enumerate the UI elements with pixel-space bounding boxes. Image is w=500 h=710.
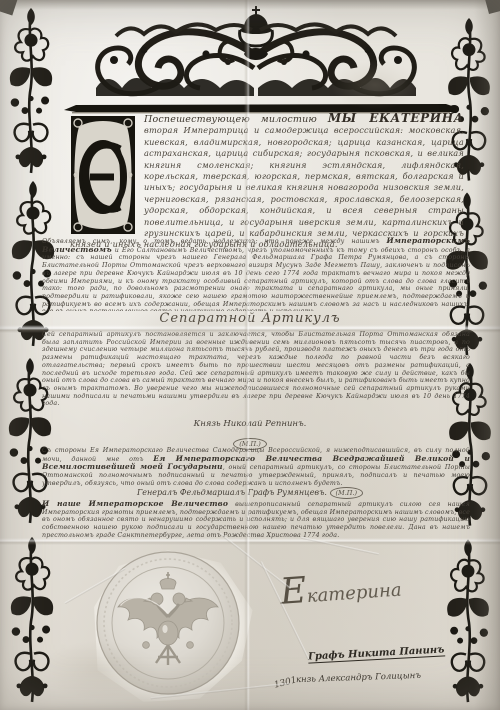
ratification-paragraph: И наше Императорское Величество вышепроп… [42, 500, 470, 540]
panin-signature: Графъ Никита Панинъ [308, 644, 445, 663]
page-curvature-shade [474, 0, 500, 710]
ratification-text-emph: И наше Императорское Величество [42, 500, 228, 508]
attestation-paragraph: Съ стороны Ея Императорскаго Величества … [42, 447, 470, 487]
seal-area [78, 543, 258, 708]
ornamental-initial [70, 115, 136, 235]
repnin-signature: Князь Николай Репнинъ. [0, 419, 500, 429]
top-edge-shade [0, 0, 500, 10]
imperial-title-block: Поспешествующею милостию МЫ ЕКАТЕРИНА вт… [70, 113, 464, 237]
charter-page: Поспешествующею милостию МЫ ЕКАТЕРИНА вт… [0, 0, 500, 710]
preamble-paragraph: Объявляемъ симъ, кому о томъ ведать надл… [42, 237, 470, 311]
rumyantsev-signature-line: Генералъ Фельдмаршалъ Графъ Румянцевъ. (… [0, 487, 500, 499]
title-opening: Поспешествующею милостию [144, 114, 328, 125]
catherine-signature: Екатерина [279, 560, 451, 613]
horizontal-fold-2 [0, 538, 500, 545]
seal-place-mark-2: (М.П.) [330, 487, 364, 499]
horizontal-fold [0, 325, 500, 333]
golitsyn-signature: кнзь Александръ Голицынъ [296, 671, 421, 685]
vertical-fold [244, 0, 250, 710]
separate-article-paragraph: Сей сепаратный артикулъ постановляется и… [42, 331, 470, 417]
sovereign-name: МЫ ЕКАТЕРИНА [328, 111, 464, 125]
separate-article-heading: Сепаратной Артикулъ [0, 311, 500, 326]
preamble-text-c: и Его Салтановымъ Величествомъ, чрезъ уп… [42, 247, 470, 311]
engraved-headpiece [56, 2, 456, 104]
rumyantsev-signature: Генералъ Фельдмаршалъ Графъ Румянцевъ. [137, 488, 330, 497]
